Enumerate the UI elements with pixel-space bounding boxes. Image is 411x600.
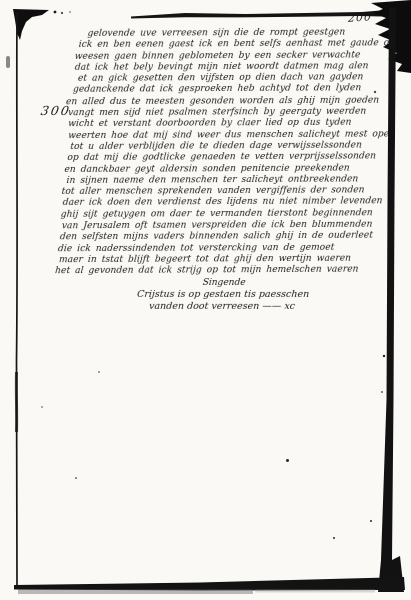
ink-speck bbox=[370, 520, 372, 522]
closing-block: Singende Crijstus is op gestaen tis paes… bbox=[70, 278, 375, 313]
ink-speck bbox=[286, 459, 289, 462]
border-left bbox=[16, 12, 17, 586]
closing-line: vanden doot verreesen —— xc bbox=[70, 301, 373, 313]
folio-number: 200 bbox=[348, 10, 372, 25]
ink-speck bbox=[41, 406, 43, 408]
manuscript-line: het al gevonden dat ick strijg op tot mi… bbox=[55, 265, 355, 278]
border-bottom bbox=[14, 577, 405, 591]
ink-speck bbox=[333, 537, 335, 539]
closing-word: Singende bbox=[73, 278, 376, 289]
closing-line: Crijstus is op gestaen tis paesschen bbox=[72, 289, 375, 301]
corner-blob-top-right bbox=[371, 0, 411, 73]
manuscript-page: 200 300 gelovende uve verreesen sijn die… bbox=[0, 0, 411, 600]
corner-blob-top-left bbox=[13, 9, 49, 40]
border-right bbox=[378, 8, 404, 592]
manuscript-text-block: gelovende uve verreesen sijn die de romp… bbox=[52, 27, 374, 277]
ink-speck bbox=[75, 477, 77, 479]
ink-speck bbox=[6, 56, 10, 68]
ink-speck bbox=[98, 371, 100, 373]
